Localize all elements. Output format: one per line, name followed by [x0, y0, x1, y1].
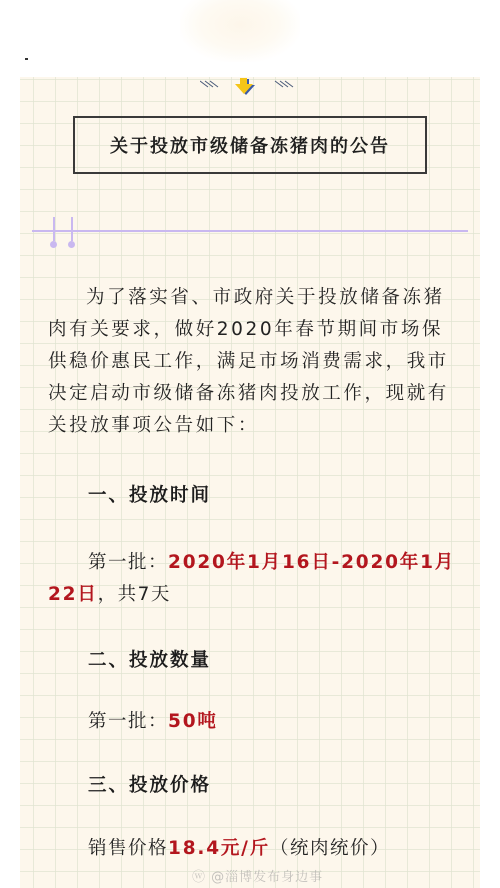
section-heading-time: 一、投放时间: [88, 481, 211, 507]
header-decoration: [200, 76, 300, 98]
batch-label: 第一批：: [88, 711, 168, 732]
section-quantity-line: 第一批：50吨: [88, 707, 218, 733]
price-note: （统肉统价）: [270, 838, 390, 859]
top-faded-decoration: [180, 0, 300, 62]
quantity-highlight: 50吨: [168, 711, 218, 732]
left-hatch-icon: [200, 81, 218, 87]
title-box: 关于投放市级储备冻猪肉的公告: [73, 116, 427, 174]
intro-paragraph: 为了落实省、市政府关于投放储备冻猪 肉有关要求，做好2020年春节期间市场保 供…: [48, 282, 458, 442]
weibo-icon: ⓦ: [192, 870, 211, 885]
pin-left-dot: [50, 241, 57, 248]
intro-line: 肉有关要求，做好2020年春节期间市场保: [48, 314, 458, 346]
pin-left: [53, 217, 55, 241]
duration-text: ，共7天: [98, 584, 171, 605]
section-time-line1: 第一批：2020年1月16日-2020年1月: [88, 548, 455, 574]
intro-line: 关投放事项公告如下：: [48, 410, 458, 442]
page-title: 关于投放市级储备冻猪肉的公告: [110, 132, 390, 158]
pin-right: [71, 217, 73, 241]
date-range-highlight: 2020年1月16日-2020年1月: [168, 552, 455, 573]
right-hatch-icon: [275, 81, 293, 87]
section-price-line: 销售价格18.4元/斤（统肉统价）: [88, 834, 390, 860]
price-label: 销售价格: [88, 838, 168, 859]
weibo-watermark: ⓦ @淄博发布身边事: [192, 866, 323, 885]
section-time-line2: 22日，共7天: [48, 580, 171, 606]
top-blank-area: [0, 0, 500, 77]
intro-line: 供稳价惠民工作，满足市场消费需求，我市: [48, 346, 458, 378]
batch-label: 第一批：: [88, 552, 168, 573]
date-end-highlight: 22日: [48, 584, 98, 605]
section-heading-price: 三、投放价格: [88, 771, 211, 797]
intro-line: 为了落实省、市政府关于投放储备冻猪: [48, 282, 458, 314]
section-heading-quantity: 二、投放数量: [88, 646, 211, 672]
top-dot-mark: [25, 58, 28, 60]
down-arrow-icon: [235, 78, 255, 95]
watermark-text: @淄博发布身边事: [211, 870, 323, 885]
divider-line: [32, 230, 468, 232]
pin-right-dot: [68, 241, 75, 248]
price-highlight: 18.4元/斤: [168, 838, 270, 859]
intro-line: 决定启动市级储备冻猪肉投放工作，现就有: [48, 378, 458, 410]
